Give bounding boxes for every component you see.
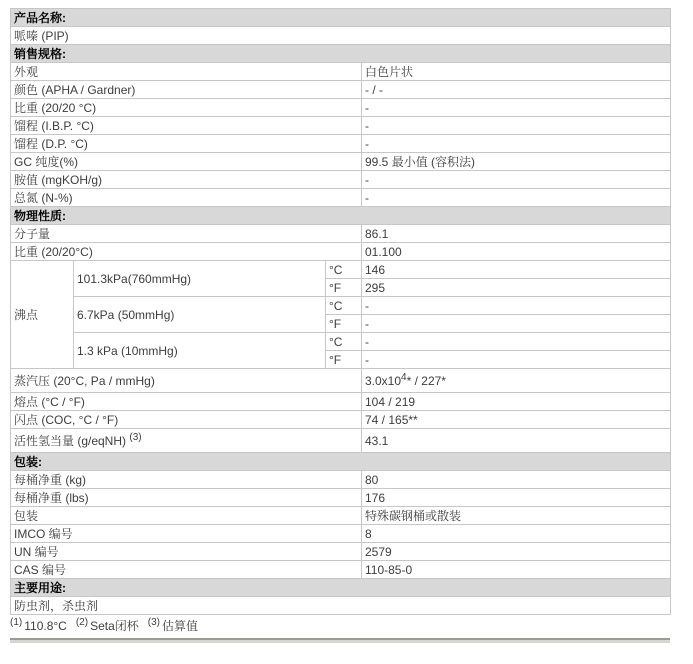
row-label: CAS 编号 [11, 561, 362, 579]
table-row: 馏程 (I.B.P. °C) - [11, 117, 671, 135]
table-row: 总氮 (N-%) - [11, 189, 671, 207]
usage-value: 防虫剂，杀虫剂 [11, 597, 671, 615]
table-row: UN 编号 2579 [11, 543, 671, 561]
row-value: 43.1 [362, 429, 671, 453]
footnote-3-text: 估算值 [162, 619, 198, 633]
unit-fahrenheit: °F [326, 351, 362, 369]
footnote-1-text: 110.8°C [24, 619, 67, 633]
table-row: 颜色 (APHA / Gardner) - / - [11, 81, 671, 99]
table-row: 比重 (20/20 °C) - [11, 99, 671, 117]
row-label: 分子量 [11, 225, 362, 243]
active-hydrogen-label: 活性氢当量 (g/eqNH) [14, 434, 129, 448]
row-value: - [362, 117, 671, 135]
section-header-row: 物理性质: [11, 207, 671, 225]
product-spec-page: 产品名称: 哌嗪 (PIP) 销售规格: 外观 白色片状 颜色 (APHA / … [0, 0, 693, 643]
boiling-point-row: 沸点 101.3kPa(760mmHg) °C 146 [11, 261, 671, 279]
section-title-sales-spec: 销售规格: [11, 45, 671, 63]
table-row: 比重 (20/20°C) 01.100 [11, 243, 671, 261]
boiling-point-row: 1.3 kPa (10mmHg) °C - [11, 333, 671, 351]
row-label: 比重 (20/20°C) [11, 243, 362, 261]
row-label: 每桶净重 (lbs) [11, 489, 362, 507]
pressure-label: 6.7kPa (50mmHg) [74, 297, 326, 333]
unit-fahrenheit: °F [326, 279, 362, 297]
row-value: 2579 [362, 543, 671, 561]
table-row: 分子量 86.1 [11, 225, 671, 243]
unit-celsius: °C [326, 297, 362, 315]
section-title-packaging: 包装: [11, 453, 671, 471]
row-value: 3.0x104* / 227* [362, 369, 671, 393]
footnotes-line: (1)110.8°C(2)Seta闭杯(3)估算值 [10, 617, 670, 636]
section-header-row: 主要用途: [11, 579, 671, 597]
section-header-row: 产品名称: [11, 9, 671, 27]
row-value: - [362, 189, 671, 207]
row-label: 馏程 (D.P. °C) [11, 135, 362, 153]
row-label: 总氮 (N-%) [11, 189, 362, 207]
vapor-pressure-row: 蒸汽压 (20°C, Pa / mmHg) 3.0x104* / 227* [11, 369, 671, 393]
row-value: 104 / 219 [362, 393, 671, 411]
row-label: 馏程 (I.B.P. °C) [11, 117, 362, 135]
footnote-2-ref: (2) [76, 617, 88, 628]
table-row: 每桶净重 (kg) 80 [11, 471, 671, 489]
table-row: 外观 白色片状 [11, 63, 671, 81]
row-label: UN 编号 [11, 543, 362, 561]
row-value: 8 [362, 525, 671, 543]
row-label: IMCO 编号 [11, 525, 362, 543]
product-spec-table: 产品名称: 哌嗪 (PIP) 销售规格: 外观 白色片状 颜色 (APHA / … [10, 8, 671, 615]
footnote-3-ref: (3) [148, 617, 160, 628]
row-value: 99.5 最小值 (容积法) [362, 153, 671, 171]
section-header-row: 销售规格: [11, 45, 671, 63]
section-header-row: 包装: [11, 453, 671, 471]
pressure-label: 1.3 kPa (10mmHg) [74, 333, 326, 369]
footnote-2-text: Seta闭杯 [90, 619, 139, 633]
row-value: 01.100 [362, 243, 671, 261]
row-value: - / - [362, 81, 671, 99]
vapor-pressure-base: 3.0x10 [365, 374, 401, 388]
table-row: 防虫剂，杀虫剂 [11, 597, 671, 615]
section-title-physical: 物理性质: [11, 207, 671, 225]
section-title-product-name: 产品名称: [11, 9, 671, 27]
table-row: 馏程 (D.P. °C) - [11, 135, 671, 153]
table-row: 每桶净重 (lbs) 176 [11, 489, 671, 507]
row-value: 特殊碳钢桶或散装 [362, 507, 671, 525]
vapor-pressure-rest: * / 227* [407, 374, 446, 388]
row-label: GC 纯度(%) [11, 153, 362, 171]
table-row: 胺值 (mgKOH/g) - [11, 171, 671, 189]
bottom-divider [10, 638, 670, 643]
product-name-value: 哌嗪 (PIP) [11, 27, 671, 45]
boiling-value: - [362, 333, 671, 351]
unit-celsius: °C [326, 261, 362, 279]
row-value: 74 / 165** [362, 411, 671, 429]
row-value: 176 [362, 489, 671, 507]
table-row: CAS 编号 110-85-0 [11, 561, 671, 579]
row-label: 活性氢当量 (g/eqNH) (3) [11, 429, 362, 453]
row-value: - [362, 135, 671, 153]
boiling-value: - [362, 315, 671, 333]
row-label: 每桶净重 (kg) [11, 471, 362, 489]
active-hydrogen-footnote-ref: (3) [129, 432, 141, 443]
row-value: 86.1 [362, 225, 671, 243]
row-label: 胺值 (mgKOH/g) [11, 171, 362, 189]
table-row: 熔点 (°C / °F) 104 / 219 [11, 393, 671, 411]
boiling-point-row: 6.7kPa (50mmHg) °C - [11, 297, 671, 315]
table-row: 闪点 (COC, °C / °F) 74 / 165** [11, 411, 671, 429]
footnote-1-ref: (1) [10, 617, 22, 628]
table-row: 包装 特殊碳钢桶或散装 [11, 507, 671, 525]
boiling-point-label: 沸点 [11, 261, 74, 369]
boiling-value: 146 [362, 261, 671, 279]
row-label: 颜色 (APHA / Gardner) [11, 81, 362, 99]
row-label: 闪点 (COC, °C / °F) [11, 411, 362, 429]
table-row: IMCO 编号 8 [11, 525, 671, 543]
row-label: 外观 [11, 63, 362, 81]
row-value: 白色片状 [362, 63, 671, 81]
section-title-usage: 主要用途: [11, 579, 671, 597]
row-label: 比重 (20/20 °C) [11, 99, 362, 117]
row-label: 熔点 (°C / °F) [11, 393, 362, 411]
table-row: GC 纯度(%) 99.5 最小值 (容积法) [11, 153, 671, 171]
boiling-value: - [362, 351, 671, 369]
active-hydrogen-row: 活性氢当量 (g/eqNH) (3) 43.1 [11, 429, 671, 453]
row-label: 包装 [11, 507, 362, 525]
row-label: 蒸汽压 (20°C, Pa / mmHg) [11, 369, 362, 393]
pressure-label: 101.3kPa(760mmHg) [74, 261, 326, 297]
boiling-value: 295 [362, 279, 671, 297]
row-value: 80 [362, 471, 671, 489]
unit-fahrenheit: °F [326, 315, 362, 333]
row-value: - [362, 99, 671, 117]
boiling-value: - [362, 297, 671, 315]
row-value: 110-85-0 [362, 561, 671, 579]
table-row: 哌嗪 (PIP) [11, 27, 671, 45]
row-value: - [362, 171, 671, 189]
unit-celsius: °C [326, 333, 362, 351]
